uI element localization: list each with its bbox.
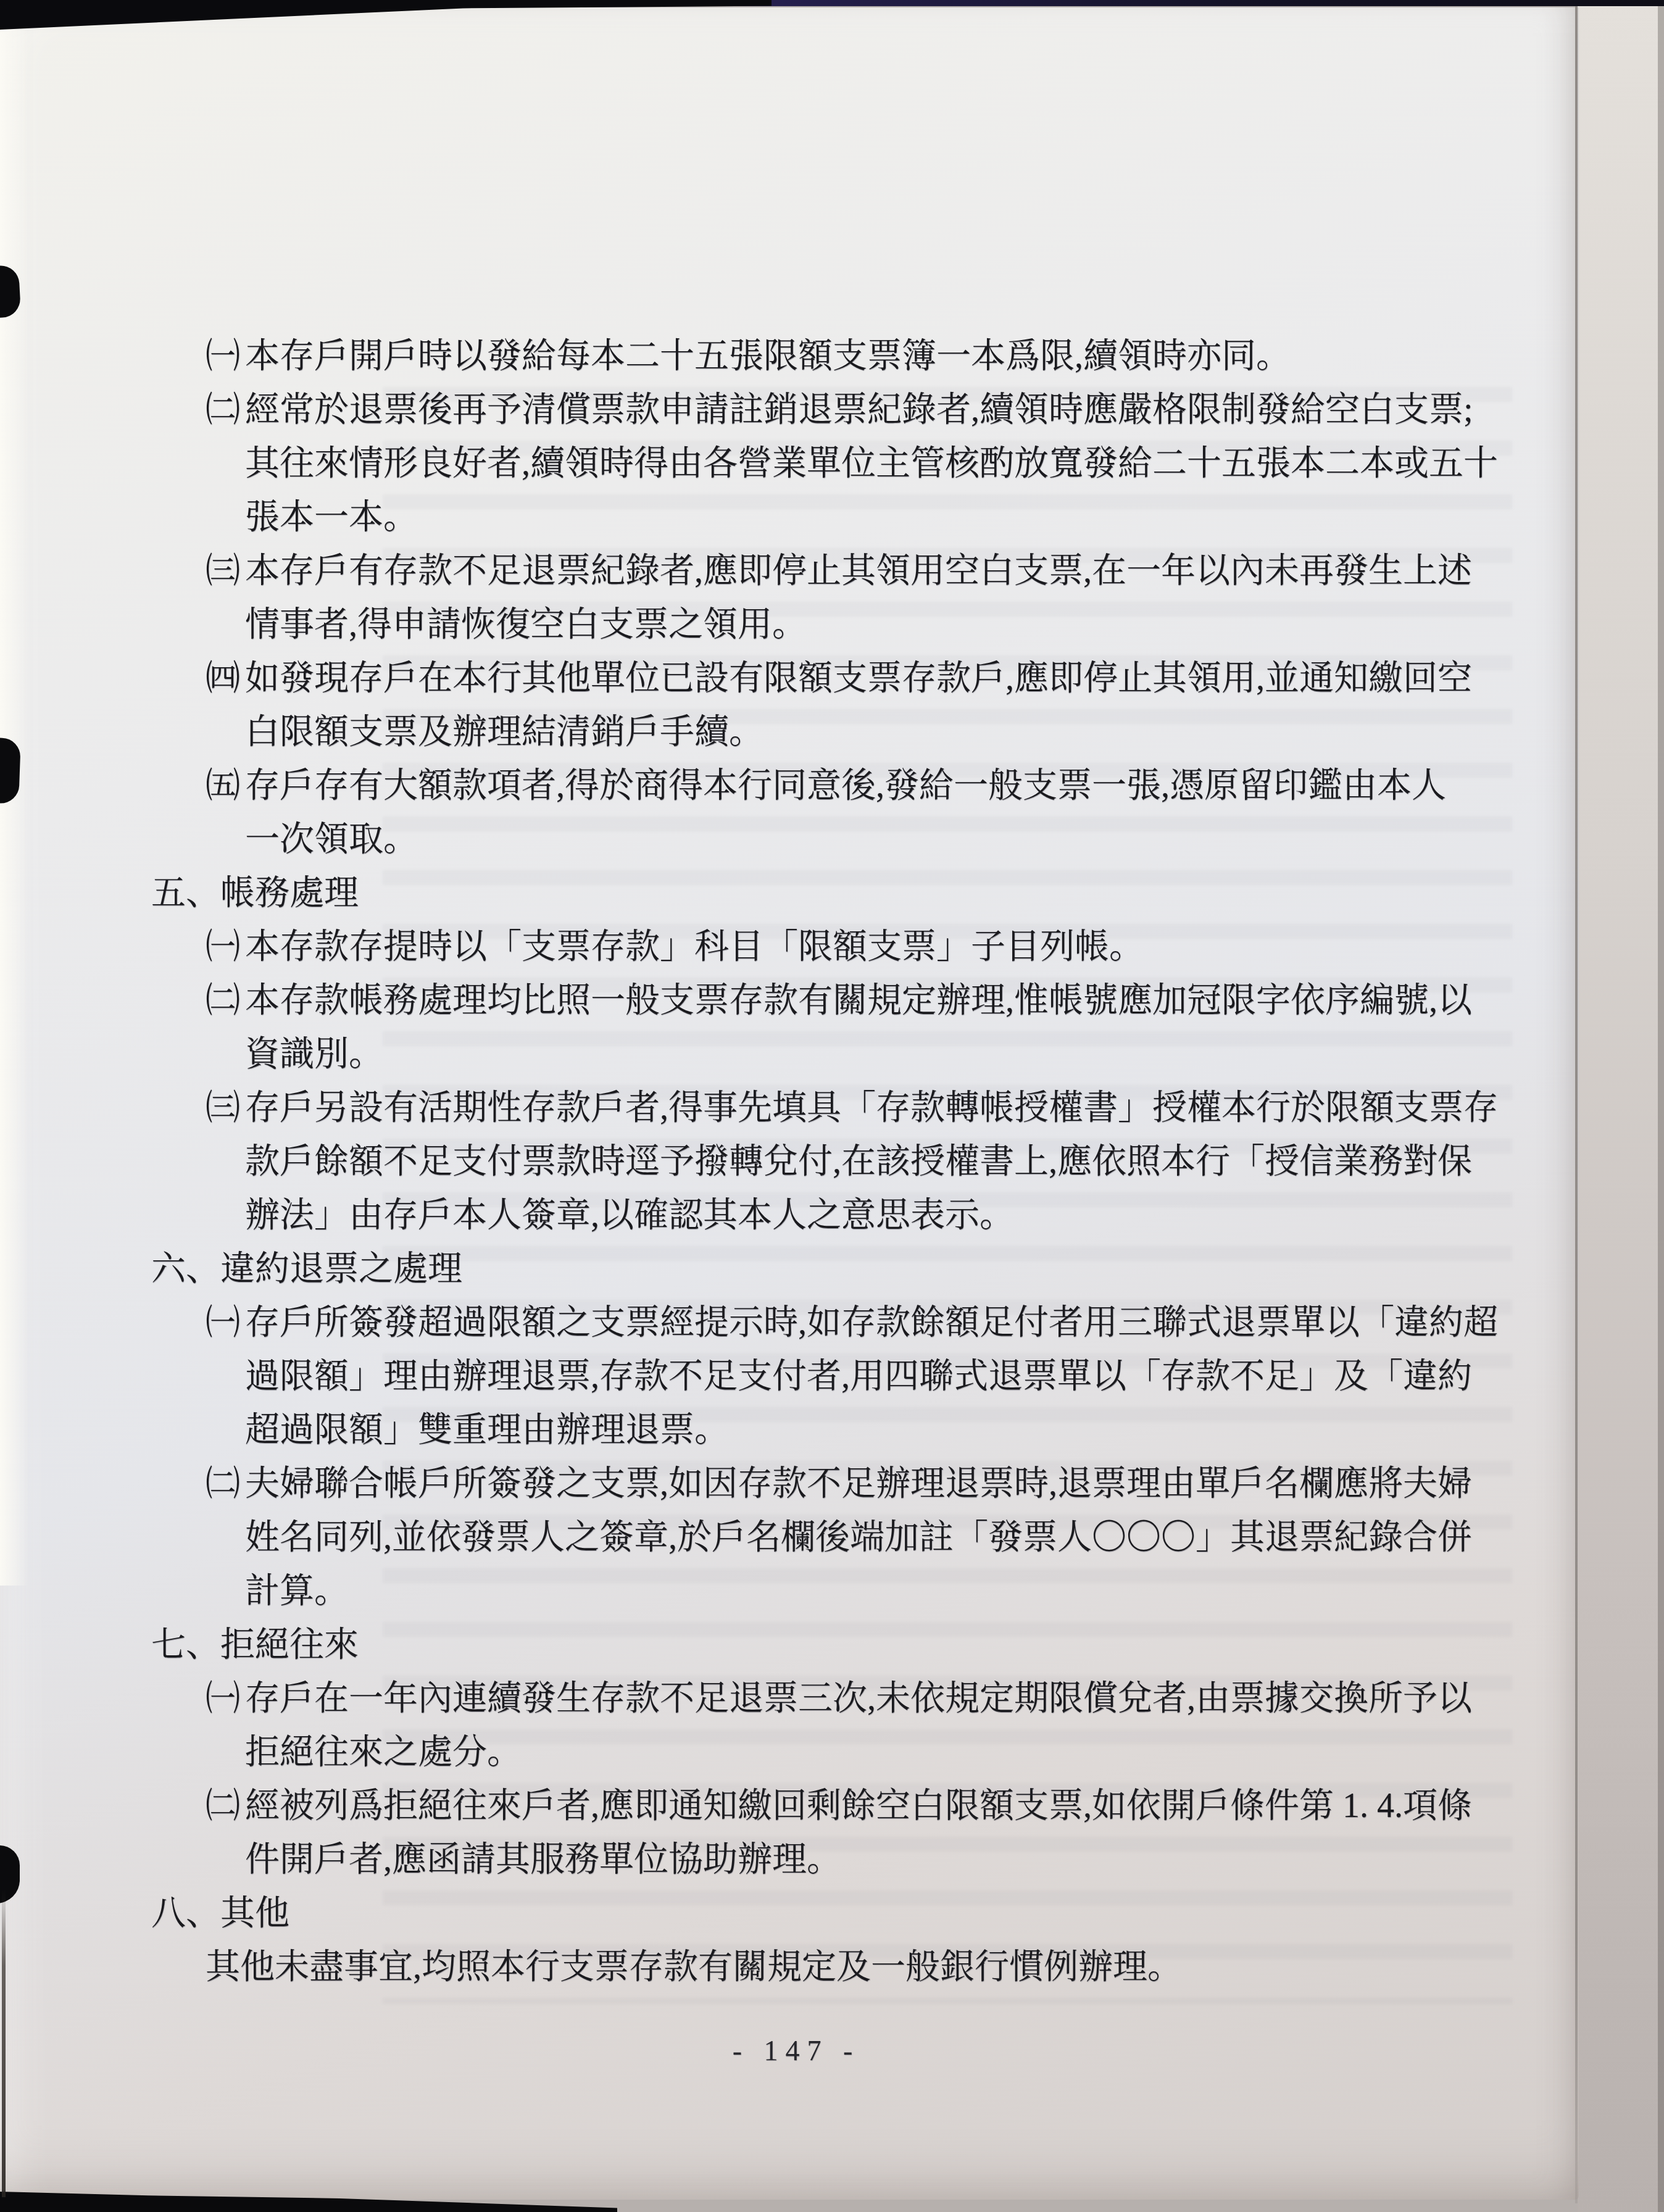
text-line: 八、其他 bbox=[151, 1887, 1498, 1940]
text-line: ㈢存戶另設有活期性存款戶者,得事先填具「存款轉帳授權書」授權本行於限額支票存 bbox=[151, 1081, 1498, 1135]
text-line: 其他未盡事宜,均照本行支票存款有關規定及一般銀行慣例辦理。 bbox=[151, 1940, 1498, 1994]
line-text: 如發現存戶在本行其他單位已設有限額支票存款戶,應即停止其領用,並通知繳回空 bbox=[245, 659, 1472, 697]
text-line: 計算。 bbox=[151, 1565, 1498, 1618]
line-text: 七、拒絕往來 bbox=[151, 1626, 359, 1664]
line-text: 本存款帳務處理均比照一般支票存款有關規定辦理,惟帳號應加冠限字依序編號,以 bbox=[245, 981, 1472, 1020]
line-text: 經常於退票後再予清償票款申請註銷退票紀錄者,續領時應嚴格限制發給空白支票; bbox=[245, 391, 1473, 429]
text-block: ㈠本存戶開戶時以發給每本二十五張限額支票簿一本爲限,續領時亦同。㈡經常於退票後再… bbox=[151, 330, 1498, 1994]
text-line: 姓名同列,並依發票人之簽章,於戶名欄後端加註「發票人〇〇〇」其退票紀錄合併 bbox=[151, 1511, 1498, 1565]
text-line: ㈡本存款帳務處理均比照一般支票存款有關規定辦理,惟帳號應加冠限字依序編號,以 bbox=[151, 974, 1498, 1028]
page-stack-edge bbox=[1578, 0, 1664, 2212]
item-marker: ㈡ bbox=[206, 1457, 245, 1511]
item-marker: ㈢ bbox=[206, 1081, 245, 1135]
line-text: 資識別。 bbox=[245, 1035, 383, 1073]
item-marker: ㈠ bbox=[206, 330, 245, 383]
line-text: 姓名同列,並依發票人之簽章,於戶名欄後端加註「發票人〇〇〇」其退票紀錄合併 bbox=[245, 1518, 1472, 1557]
text-line: 情事者,得申請恢復空白支票之領用。 bbox=[151, 598, 1498, 652]
line-text: 本存戶開戶時以發給每本二十五張限額支票簿一本爲限,續領時亦同。 bbox=[245, 337, 1291, 375]
text-line: 張本一本。 bbox=[151, 491, 1498, 544]
line-text: 款戶餘額不足支付票款時逕予撥轉兌付,在該授權書上,應依照本行「授信業務對保 bbox=[245, 1142, 1472, 1181]
line-text: 存戶所簽發超過限額之支票經提示時,如存款餘額足付者用三聯式退票單以「違約超 bbox=[245, 1303, 1498, 1342]
text-line: ㈡經被列爲拒絕往來戶者,應即通知繳回剩餘空白限額支票,如依開戶條件第 1. 4.… bbox=[151, 1779, 1498, 1833]
item-marker: ㈡ bbox=[206, 974, 245, 1028]
line-text: 其他未盡事宜,均照本行支票存款有關規定及一般銀行慣例辦理。 bbox=[206, 1948, 1182, 1986]
text-line: 資識別。 bbox=[151, 1028, 1498, 1081]
page-edge-line bbox=[1575, 5, 1578, 2203]
text-line: 款戶餘額不足支付票款時逕予撥轉兌付,在該授權書上,應依照本行「授信業務對保 bbox=[151, 1135, 1498, 1189]
item-marker: ㈠ bbox=[206, 1296, 245, 1350]
line-text: 拒絕往來之處分。 bbox=[245, 1733, 522, 1771]
text-line: ㈠存戶所簽發超過限額之支票經提示時,如存款餘額足付者用三聯式退票單以「違約超 bbox=[151, 1296, 1498, 1350]
item-marker: ㈣ bbox=[206, 652, 245, 705]
line-text: 經被列爲拒絕往來戶者,應即通知繳回剩餘空白限額支票,如依開戶條件第 1. 4.項… bbox=[245, 1787, 1472, 1825]
line-text: 件開戶者,應函請其服務單位協助辦理。 bbox=[245, 1840, 841, 1879]
line-text: 存戶存有大額款項者,得於商得本行同意後,發給一般支票一張,憑原留印鑑由本人 bbox=[245, 767, 1446, 805]
line-text: 白限額支票及辦理結清銷戶手續。 bbox=[245, 713, 763, 751]
text-line: ㈠本存款存提時以「支票存款」科目「限額支票」子目列帳。 bbox=[151, 920, 1498, 974]
text-line: 超過限額」雙重理由辦理退票。 bbox=[151, 1403, 1498, 1457]
text-line: 辦法」由存戶本人簽章,以確認其本人之意思表示。 bbox=[151, 1189, 1498, 1242]
text-line: 件開戶者,應函請其服務單位協助辦理。 bbox=[151, 1833, 1498, 1887]
text-line: 五、帳務處理 bbox=[151, 867, 1498, 920]
book-right-edge bbox=[1658, 0, 1664, 2212]
line-text: 超過限額」雙重理由辦理退票。 bbox=[245, 1411, 729, 1449]
text-line: ㈣如發現存戶在本行其他單位已設有限額支票存款戶,應即停止其領用,並通知繳回空 bbox=[151, 652, 1498, 705]
text-line: ㈡夫婦聯合帳戶所簽發之支票,如因存款不足辦理退票時,退票理由單戶名欄應將夫婦 bbox=[151, 1457, 1498, 1511]
text-line: 白限額支票及辦理結清銷戶手續。 bbox=[151, 705, 1498, 759]
item-marker: ㈢ bbox=[206, 544, 245, 598]
line-text: 五、帳務處理 bbox=[151, 874, 359, 912]
line-text: 八、其他 bbox=[151, 1894, 289, 1932]
line-text: 過限額」理由辦理退票,存款不足支付者,用四聯式退票單以「存款不足」及「違約 bbox=[245, 1357, 1472, 1395]
text-line: 拒絕往來之處分。 bbox=[151, 1726, 1498, 1779]
text-line: ㈤存戶存有大額款項者,得於商得本行同意後,發給一般支票一張,憑原留印鑑由本人 bbox=[151, 759, 1498, 813]
line-text: 計算。 bbox=[245, 1572, 349, 1610]
text-line: ㈢本存戶有存款不足退票紀錄者,應即停止其領用空白支票,在一年以內未再發生上述 bbox=[151, 544, 1498, 598]
document-page: ㈠本存戶開戶時以發給每本二十五張限額支票簿一本爲限,續領時亦同。㈡經常於退票後再… bbox=[0, 7, 1579, 2200]
item-marker: ㈤ bbox=[206, 759, 245, 813]
line-text: 存戶另設有活期性存款戶者,得事先填具「存款轉帳授權書」授權本行於限額支票存 bbox=[245, 1089, 1498, 1127]
page-number: - 147 - bbox=[648, 2034, 944, 2067]
text-line: ㈡經常於退票後再予清償票款申請註銷退票紀錄者,續領時應嚴格限制發給空白支票; bbox=[151, 383, 1498, 437]
line-text: 辦法」由存戶本人簽章,以確認其本人之意思表示。 bbox=[245, 1196, 1014, 1234]
item-marker: ㈠ bbox=[206, 1672, 245, 1726]
line-text: 一次領取。 bbox=[245, 820, 418, 859]
line-text: 本存戶有存款不足退票紀錄者,應即停止其領用空白支票,在一年以內未再發生上述 bbox=[245, 552, 1472, 590]
text-line: 一次領取。 bbox=[151, 813, 1498, 867]
text-line: ㈠存戶在一年內連續發生存款不足退票三次,未依規定期限償兌者,由票據交換所予以 bbox=[151, 1672, 1498, 1726]
line-text: 本存款存提時以「支票存款」科目「限額支票」子目列帳。 bbox=[245, 928, 1144, 966]
text-line: 其往來情形良好者,續領時得由各營業單位主管核酌放寬發給二十五張本二本或五十 bbox=[151, 437, 1498, 491]
line-text: 其往來情形良好者,續領時得由各營業單位主管核酌放寬發給二十五張本二本或五十 bbox=[245, 444, 1498, 483]
text-line: ㈠本存戶開戶時以發給每本二十五張限額支票簿一本爲限,續領時亦同。 bbox=[151, 330, 1498, 383]
item-marker: ㈡ bbox=[206, 383, 245, 437]
line-text: 情事者,得申請恢復空白支票之領用。 bbox=[245, 605, 807, 644]
line-text: 存戶在一年內連續發生存款不足退票三次,未依規定期限償兌者,由票據交換所予以 bbox=[245, 1679, 1472, 1718]
text-line: 六、違約退票之處理 bbox=[151, 1242, 1498, 1296]
line-text: 張本一本。 bbox=[245, 498, 418, 536]
item-marker: ㈡ bbox=[206, 1779, 245, 1833]
text-line: 七、拒絕往來 bbox=[151, 1618, 1498, 1672]
page-edge-shadow bbox=[2, 1889, 6, 2197]
text-line: 過限額」理由辦理退票,存款不足支付者,用四聯式退票單以「存款不足」及「違約 bbox=[151, 1350, 1498, 1403]
line-text: 六、違約退票之處理 bbox=[151, 1250, 462, 1288]
line-text: 夫婦聯合帳戶所簽發之支票,如因存款不足辦理退票時,退票理由單戶名欄應將夫婦 bbox=[245, 1465, 1472, 1503]
item-marker: ㈠ bbox=[206, 920, 245, 974]
